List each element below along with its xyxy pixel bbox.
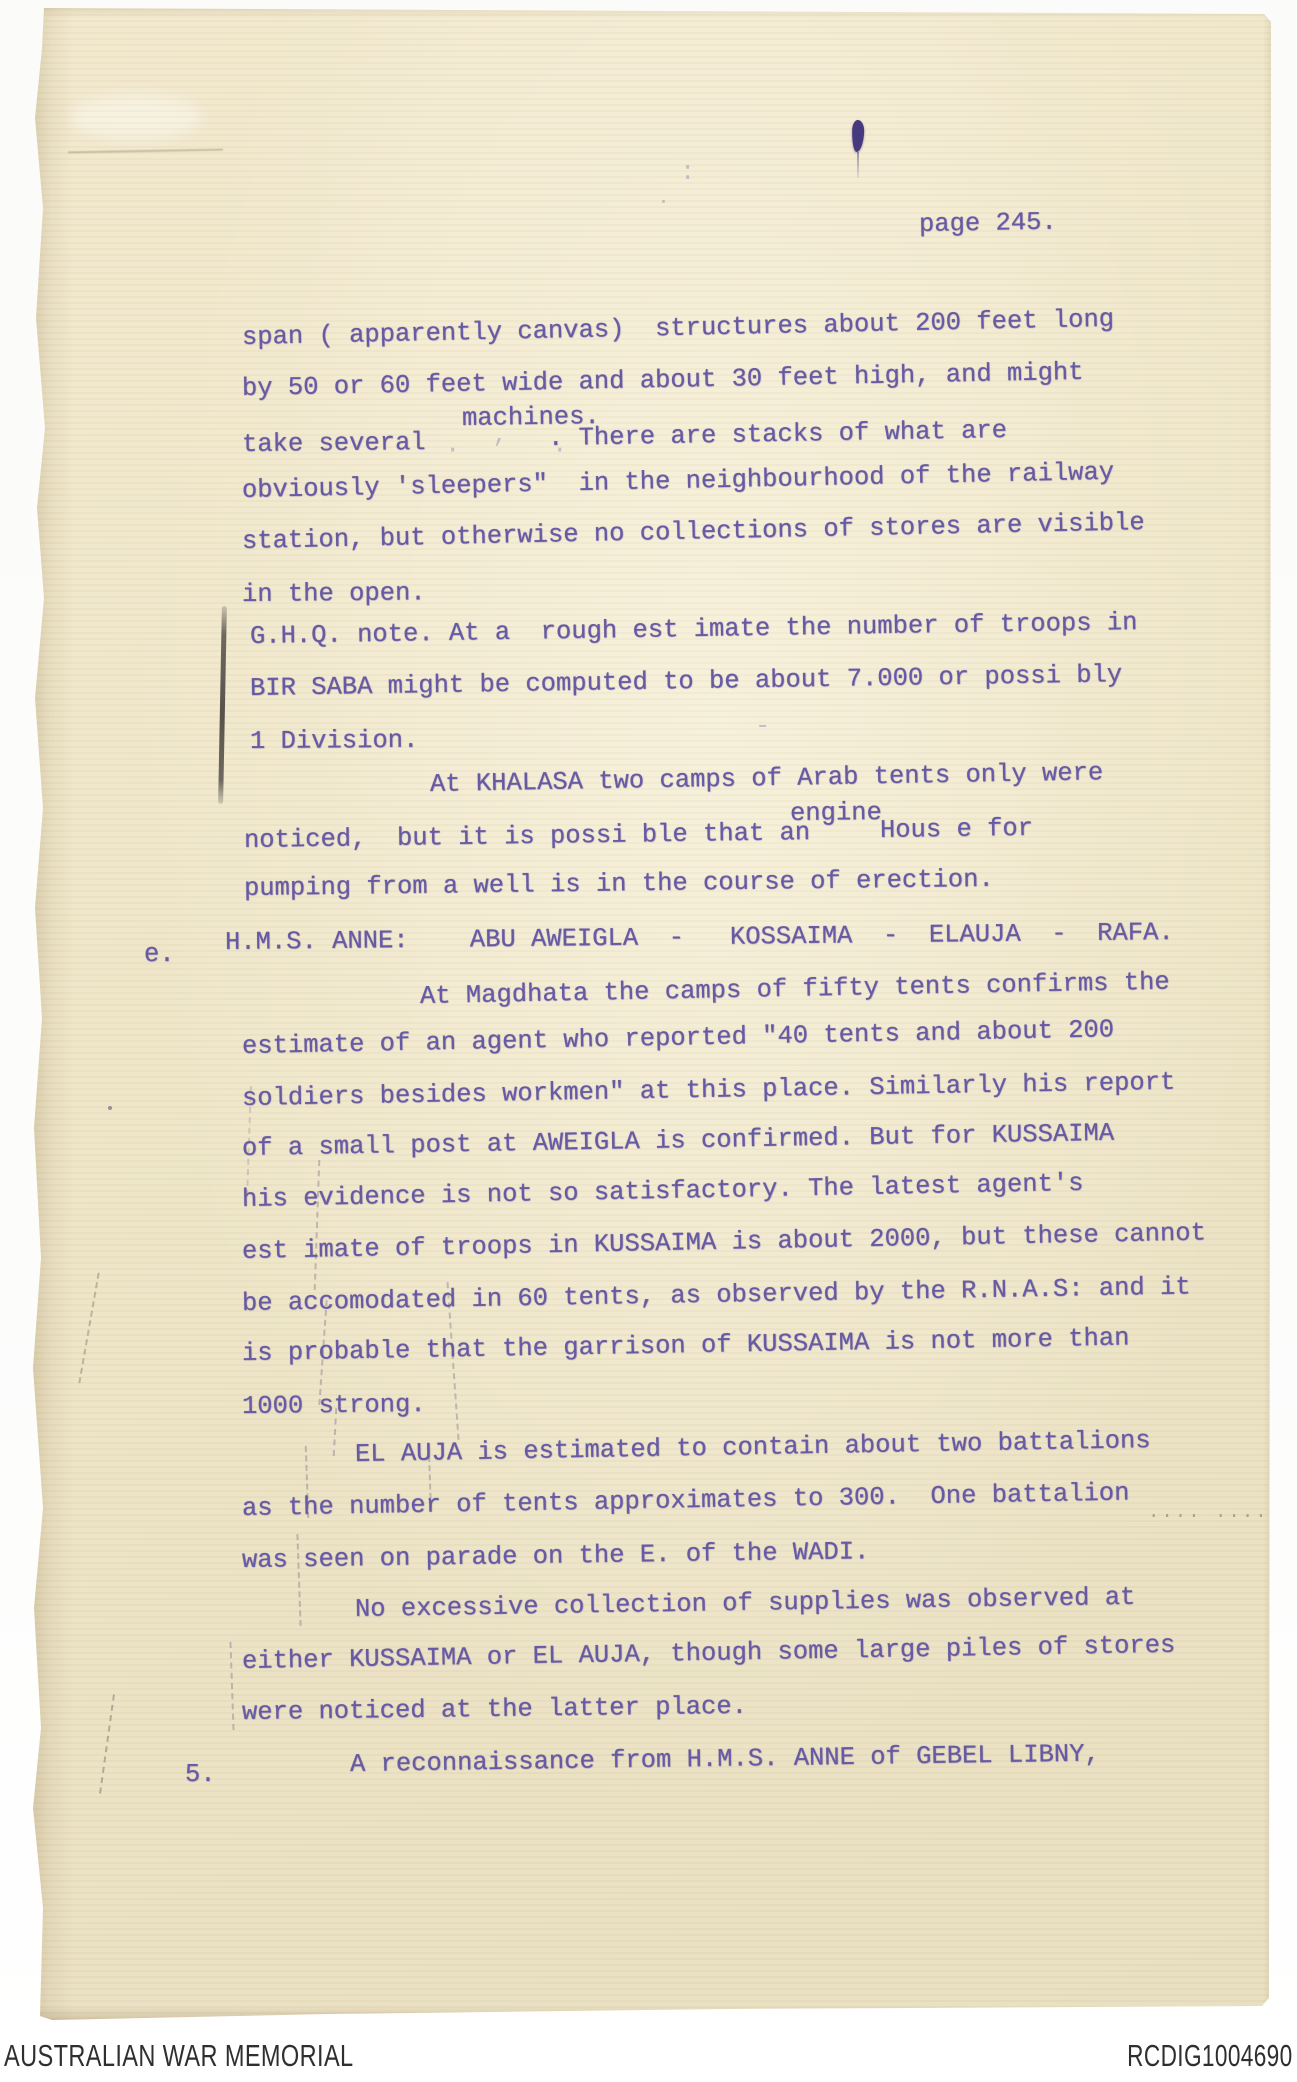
typewritten-line: take several (242, 428, 426, 460)
paper-damage-patch (70, 94, 202, 140)
typewritten-line: - (755, 712, 770, 742)
typewritten-line: : (680, 158, 695, 188)
scanned-document-page: { "page": { "label": "page 245." }, "foo… (0, 0, 1297, 2082)
typewritten-line: 5. (185, 1760, 216, 1790)
footer-reference-id: RCDIG1004690 (1128, 2038, 1293, 2074)
typewritten-line: were noticed at the latter place. (242, 1692, 747, 1728)
typewritten-line: 1 Division. (250, 726, 419, 757)
typewritten-line: page 245. (919, 208, 1057, 240)
footer-institution-label: AUSTRALIAN WAR MEMORIAL (4, 2038, 354, 2074)
horizontal-crease-mark (68, 149, 223, 154)
ink-speck (108, 1106, 112, 1110)
typewritten-line: .... .... (1148, 1497, 1269, 1527)
typewritten-line: in the open. (242, 578, 426, 610)
ink-speck (662, 200, 665, 203)
ink-blot-tail (857, 152, 859, 178)
typewritten-line: e. (144, 940, 175, 970)
typewritten-line: Hous e for (880, 814, 1033, 846)
